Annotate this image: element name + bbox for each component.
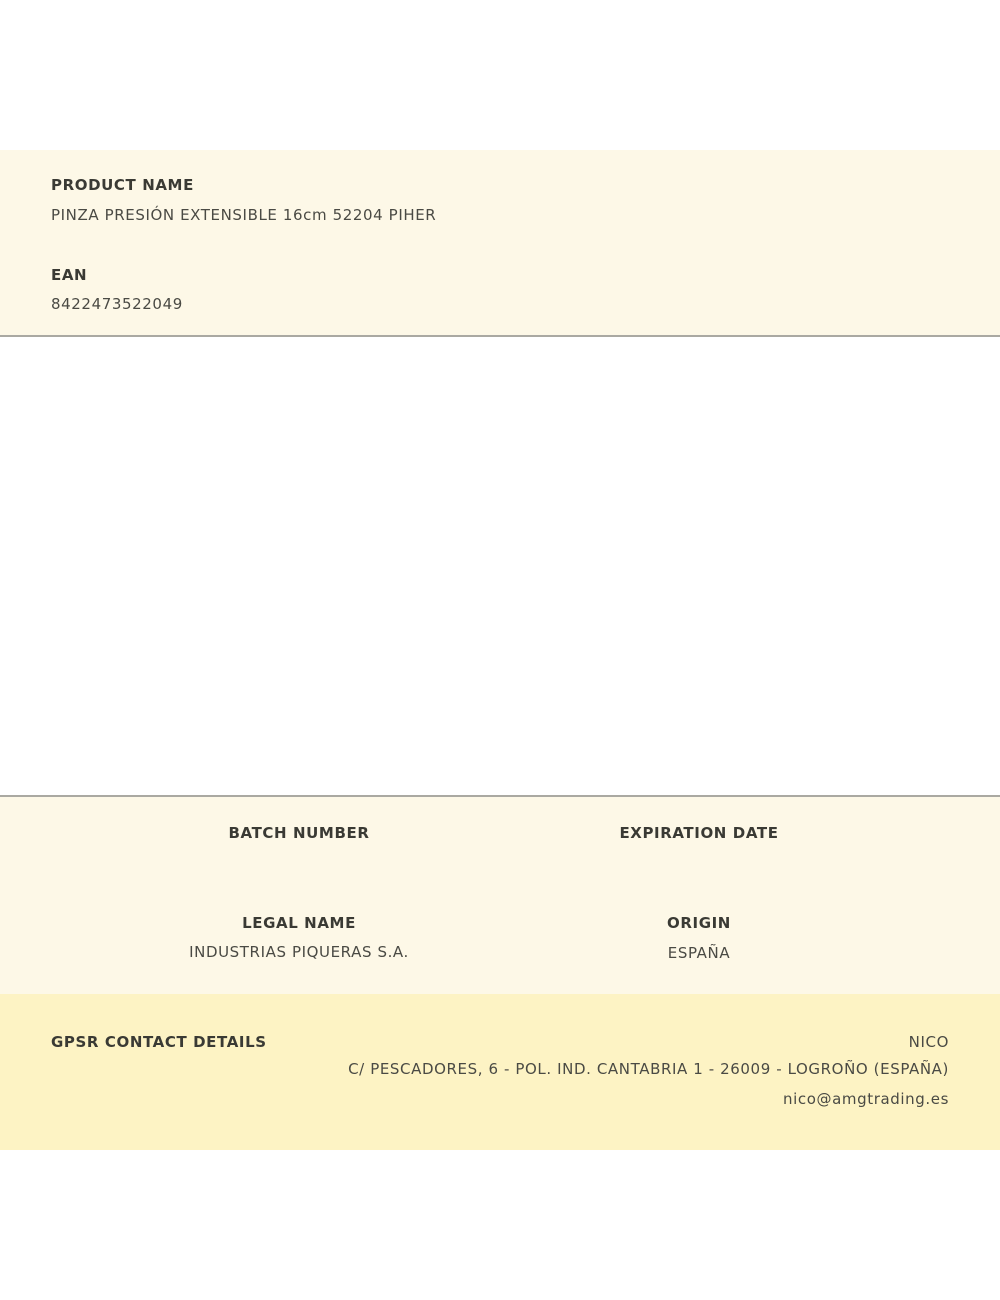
details-section: BATCH NUMBER EXPIRATION DATE LEGAL NAME … (0, 795, 1000, 996)
origin-label: ORIGIN (667, 914, 731, 932)
legal-name-value: INDUSTRIAS PIQUERAS S.A. (189, 943, 409, 961)
gpsr-contact-section: GPSR CONTACT DETAILS NICO C/ PESCADORES,… (0, 994, 1000, 1150)
legal-name-label: LEGAL NAME (242, 914, 356, 932)
expiration-date-label: EXPIRATION DATE (619, 824, 778, 842)
product-section: PRODUCT NAME PINZA PRESIÓN EXTENSIBLE 16… (0, 150, 1000, 337)
gpsr-contact-email: nico@amgtrading.es (783, 1090, 949, 1108)
gpsr-contact-name: NICO (909, 1033, 949, 1051)
product-name-label: PRODUCT NAME (51, 176, 194, 194)
gpsr-contact-address: C/ PESCADORES, 6 - POL. IND. CANTABRIA 1… (348, 1060, 949, 1078)
ean-value: 8422473522049 (51, 295, 183, 313)
product-name-value: PINZA PRESIÓN EXTENSIBLE 16cm 52204 PIHE… (51, 206, 436, 224)
origin-value: ESPAÑA (668, 944, 730, 962)
batch-number-label: BATCH NUMBER (229, 824, 370, 842)
gpsr-contact-label: GPSR CONTACT DETAILS (51, 1033, 267, 1051)
ean-label: EAN (51, 266, 87, 284)
